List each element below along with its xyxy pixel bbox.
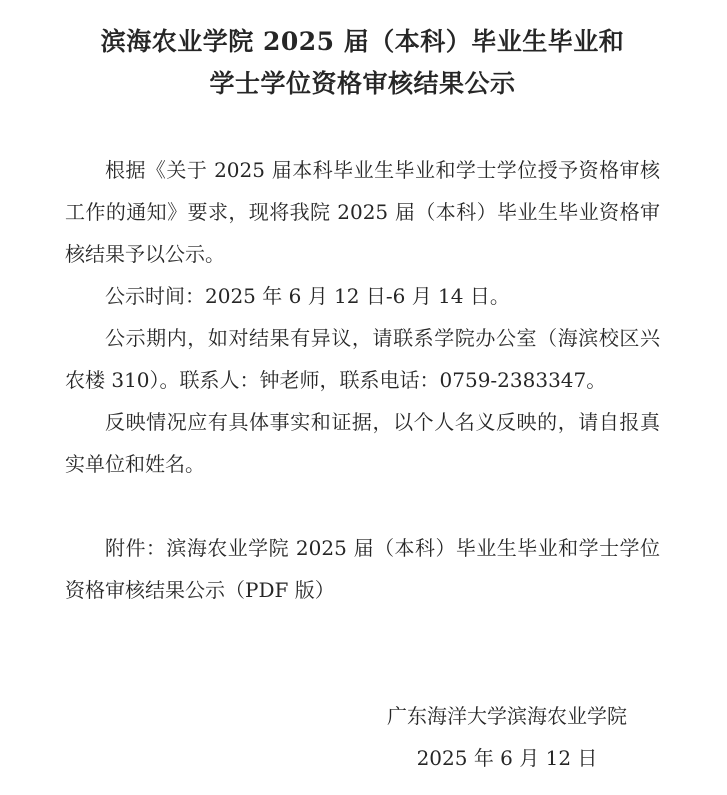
signature-org: 广东海洋大学滨海农业学院 xyxy=(387,695,627,737)
intro-paragraph: 根据《关于 2025 届本科毕业生毕业和学士学位授予资格审核工作的通知》要求，现… xyxy=(65,149,660,275)
title-line-1: 滨海农业学院 2025 届（本科）毕业生毕业和 xyxy=(65,21,660,63)
title-line-2: 学士学位资格审核结果公示 xyxy=(65,63,660,105)
attachment-paragraph: 附件：滨海农业学院 2025 届（本科）毕业生毕业和学士学位资格审核结果公示（P… xyxy=(65,527,660,611)
blank-line xyxy=(65,485,660,527)
publicity-period-paragraph: 公示时间：2025 年 6 月 12 日-6 月 14 日。 xyxy=(65,275,660,317)
announcement-document: 滨海农业学院 2025 届（本科）毕业生毕业和 学士学位资格审核结果公示 根据《… xyxy=(0,0,727,795)
contact-paragraph: 公示期内，如对结果有异议，请联系学院办公室（海滨校区兴农楼 310）。联系人：钟… xyxy=(65,317,660,401)
document-body: 根据《关于 2025 届本科毕业生毕业和学士学位授予资格审核工作的通知》要求，现… xyxy=(65,149,660,779)
document-title: 滨海农业学院 2025 届（本科）毕业生毕业和 学士学位资格审核结果公示 xyxy=(65,21,660,105)
signature-date: 2025 年 6 月 12 日 xyxy=(387,737,627,779)
feedback-requirement-paragraph: 反映情况应有具体事实和证据，以个人名义反映的，请自报真实单位和姓名。 xyxy=(65,401,660,485)
blank-lines xyxy=(65,611,660,695)
signature-block: 广东海洋大学滨海农业学院 2025 年 6 月 12 日 xyxy=(65,695,660,779)
signature-inner: 广东海洋大学滨海农业学院 2025 年 6 月 12 日 xyxy=(387,695,627,779)
